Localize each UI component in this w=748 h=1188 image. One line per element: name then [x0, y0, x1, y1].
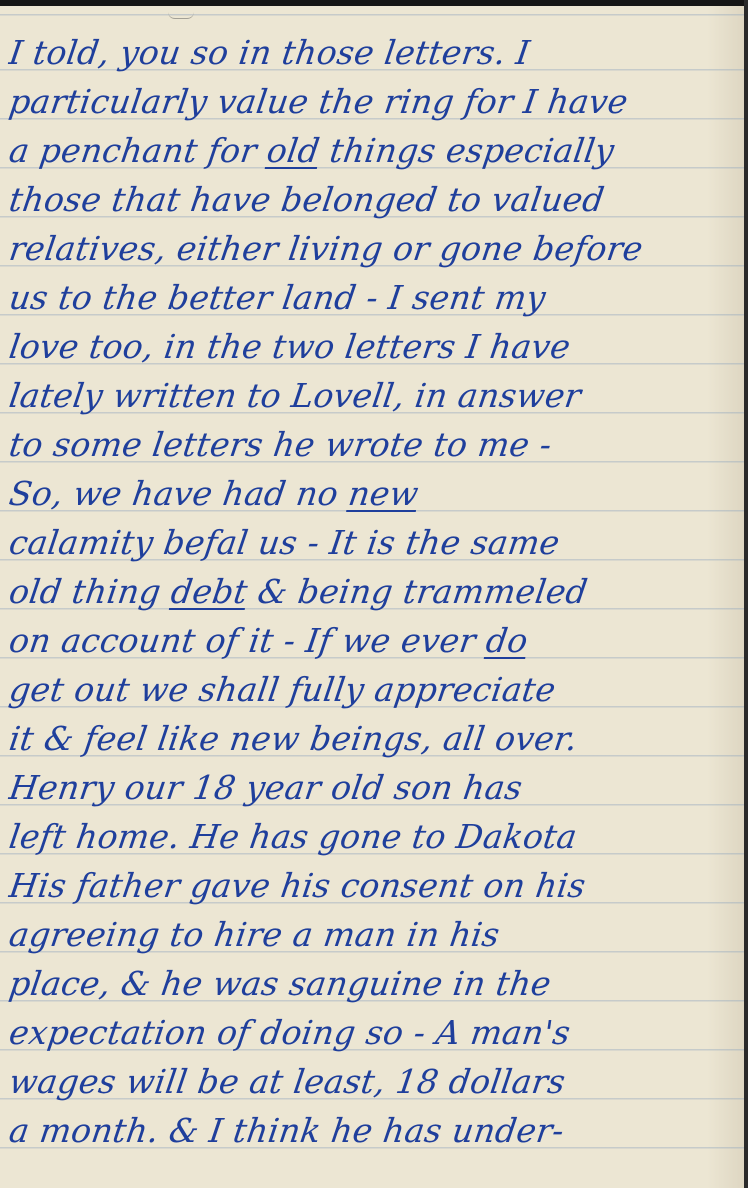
handwritten-line: to some letters he wrote to me - [6, 420, 748, 469]
handwritten-line: a month. & I think he has under- [6, 1106, 748, 1155]
handwritten-line: expectation of doing so - A man's [6, 1008, 748, 1057]
handwritten-line: place, & he was sanguine in the [6, 959, 748, 1008]
handwritten-line: old thing debt & being trammeled [6, 567, 748, 616]
handwritten-line: left home. He has gone to Dakota [6, 812, 748, 861]
handwritten-lines: I told, you so in those letters. I parti… [6, 28, 744, 1155]
handwritten-line: Henry our 18 year old son has [6, 763, 748, 812]
handwritten-line: lately written to Lovell, in answer [6, 371, 748, 420]
handwritten-line: His father gave his consent on his [6, 861, 748, 910]
fold-mark [168, 12, 194, 19]
handwritten-line: those that have belonged to valued [6, 175, 748, 224]
handwritten-line: on account of it - If we ever do [6, 616, 748, 665]
scan-right-edge [744, 0, 748, 1188]
handwritten-line: love too, in the two letters I have [6, 322, 748, 371]
handwritten-line: particularly value the ring for I have [6, 77, 748, 126]
handwritten-line: a penchant for old things especially [6, 126, 748, 175]
handwritten-line: calamity befal us - It is the same [6, 518, 748, 567]
handwritten-line: relatives, either living or gone before [6, 224, 748, 273]
handwritten-line: it & feel like new beings, all over. [6, 714, 748, 763]
letter-page: I told, you so in those letters. I parti… [0, 6, 744, 1188]
handwritten-line: get out we shall fully appreciate [6, 665, 748, 714]
handwritten-line: I told, you so in those letters. I [6, 28, 748, 77]
handwritten-line: agreeing to hire a man in his [6, 910, 748, 959]
handwritten-line: us to the better land - I sent my [6, 273, 748, 322]
handwritten-line: wages will be at least, 18 dollars [6, 1057, 748, 1106]
handwritten-line: So, we have had no new [6, 469, 748, 518]
